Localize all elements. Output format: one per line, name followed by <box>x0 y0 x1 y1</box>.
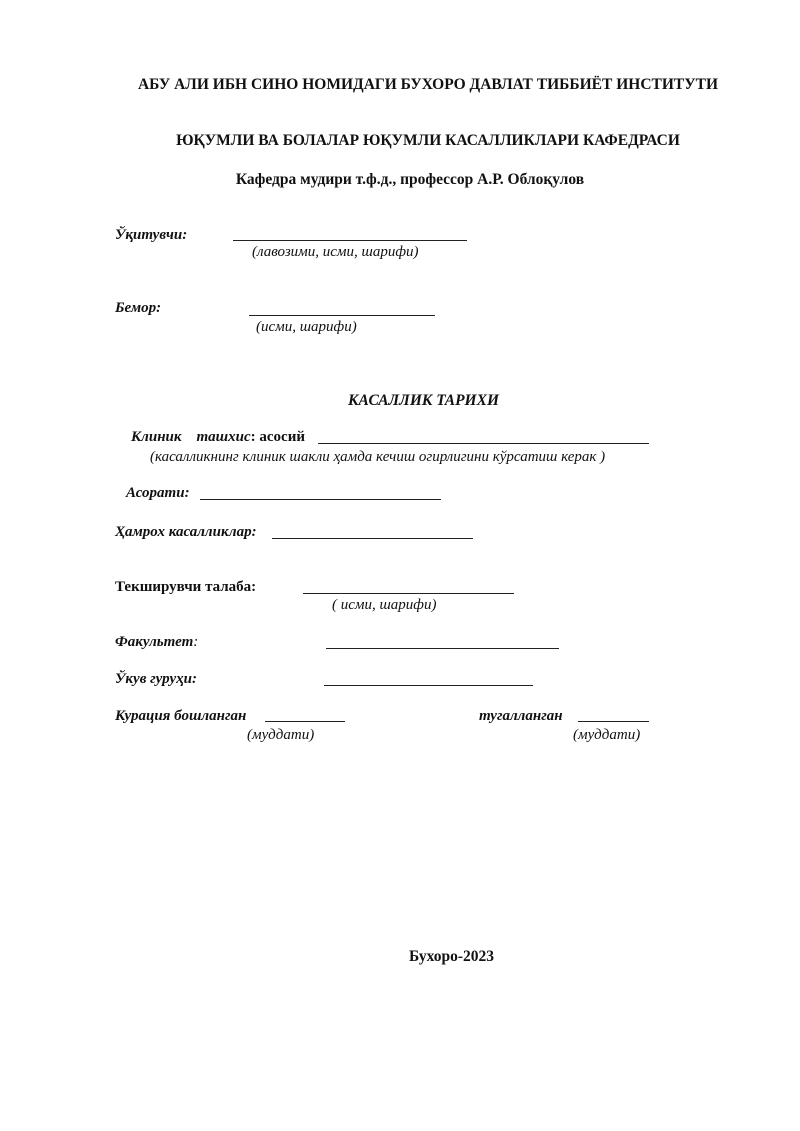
student-hint: ( исми, шарифи) <box>332 597 436 614</box>
patient-field[interactable] <box>249 315 435 316</box>
department-title: ЮҚУМЛИ ВА БОЛАЛАР ЮҚУМЛИ КАСАЛЛИКЛАРИ КА… <box>0 132 800 150</box>
diagnosis-label-italic: Клиник ташхис <box>131 429 251 445</box>
curation-end-hint: (муддати) <box>573 727 640 744</box>
head-of-department: Кафедра мудири т.ф.д., профессор А.Р. Об… <box>0 171 800 189</box>
teacher-hint: (лавозими, исми, шарифи) <box>252 244 418 261</box>
teacher-field[interactable] <box>233 240 467 241</box>
diagnosis-field[interactable] <box>318 443 649 444</box>
group-field[interactable] <box>324 685 533 686</box>
curation-start-label: Курация бошланган <box>115 708 246 725</box>
comorbidities-label: Ҳамрох касалликлар: <box>115 524 257 541</box>
complications-field[interactable] <box>200 499 441 500</box>
diagnosis-label: Клиник ташхис: асосий <box>131 429 305 446</box>
patient-label: Бемор: <box>115 300 161 317</box>
complications-label: Асорати: <box>126 485 190 502</box>
faculty-label: Факультет <box>115 634 193 650</box>
curation-start-hint: (муддати) <box>247 727 314 744</box>
curation-start-field[interactable] <box>265 721 345 722</box>
curation-end-field[interactable] <box>578 721 649 722</box>
student-label: Текширувчи талаба: <box>115 579 256 596</box>
city-year: Бухоро-2023 <box>409 948 494 966</box>
group-label: Ўкув гуруҳи: <box>115 671 197 688</box>
faculty-field[interactable] <box>326 648 559 649</box>
diagnosis-label-bold: : асосий <box>251 429 305 445</box>
student-field[interactable] <box>303 593 514 594</box>
diagnosis-hint: (касалликнинг клиник шакли ҳамда кечиш о… <box>150 449 605 466</box>
comorbidities-field[interactable] <box>272 538 473 539</box>
teacher-label: Ўқитувчи: <box>115 227 187 244</box>
faculty-label-wrap: Факультет: <box>115 634 198 651</box>
institute-title: АБУ АЛИ ИБН СИНО НОМИДАГИ БУХОРО ДАВЛАТ … <box>0 76 800 94</box>
patient-hint: (исми, шарифи) <box>256 319 357 336</box>
document-title: КАСАЛЛИК ТАРИХИ <box>348 392 499 410</box>
curation-end-label: тугалланган <box>479 708 563 725</box>
faculty-colon: : <box>193 634 198 650</box>
